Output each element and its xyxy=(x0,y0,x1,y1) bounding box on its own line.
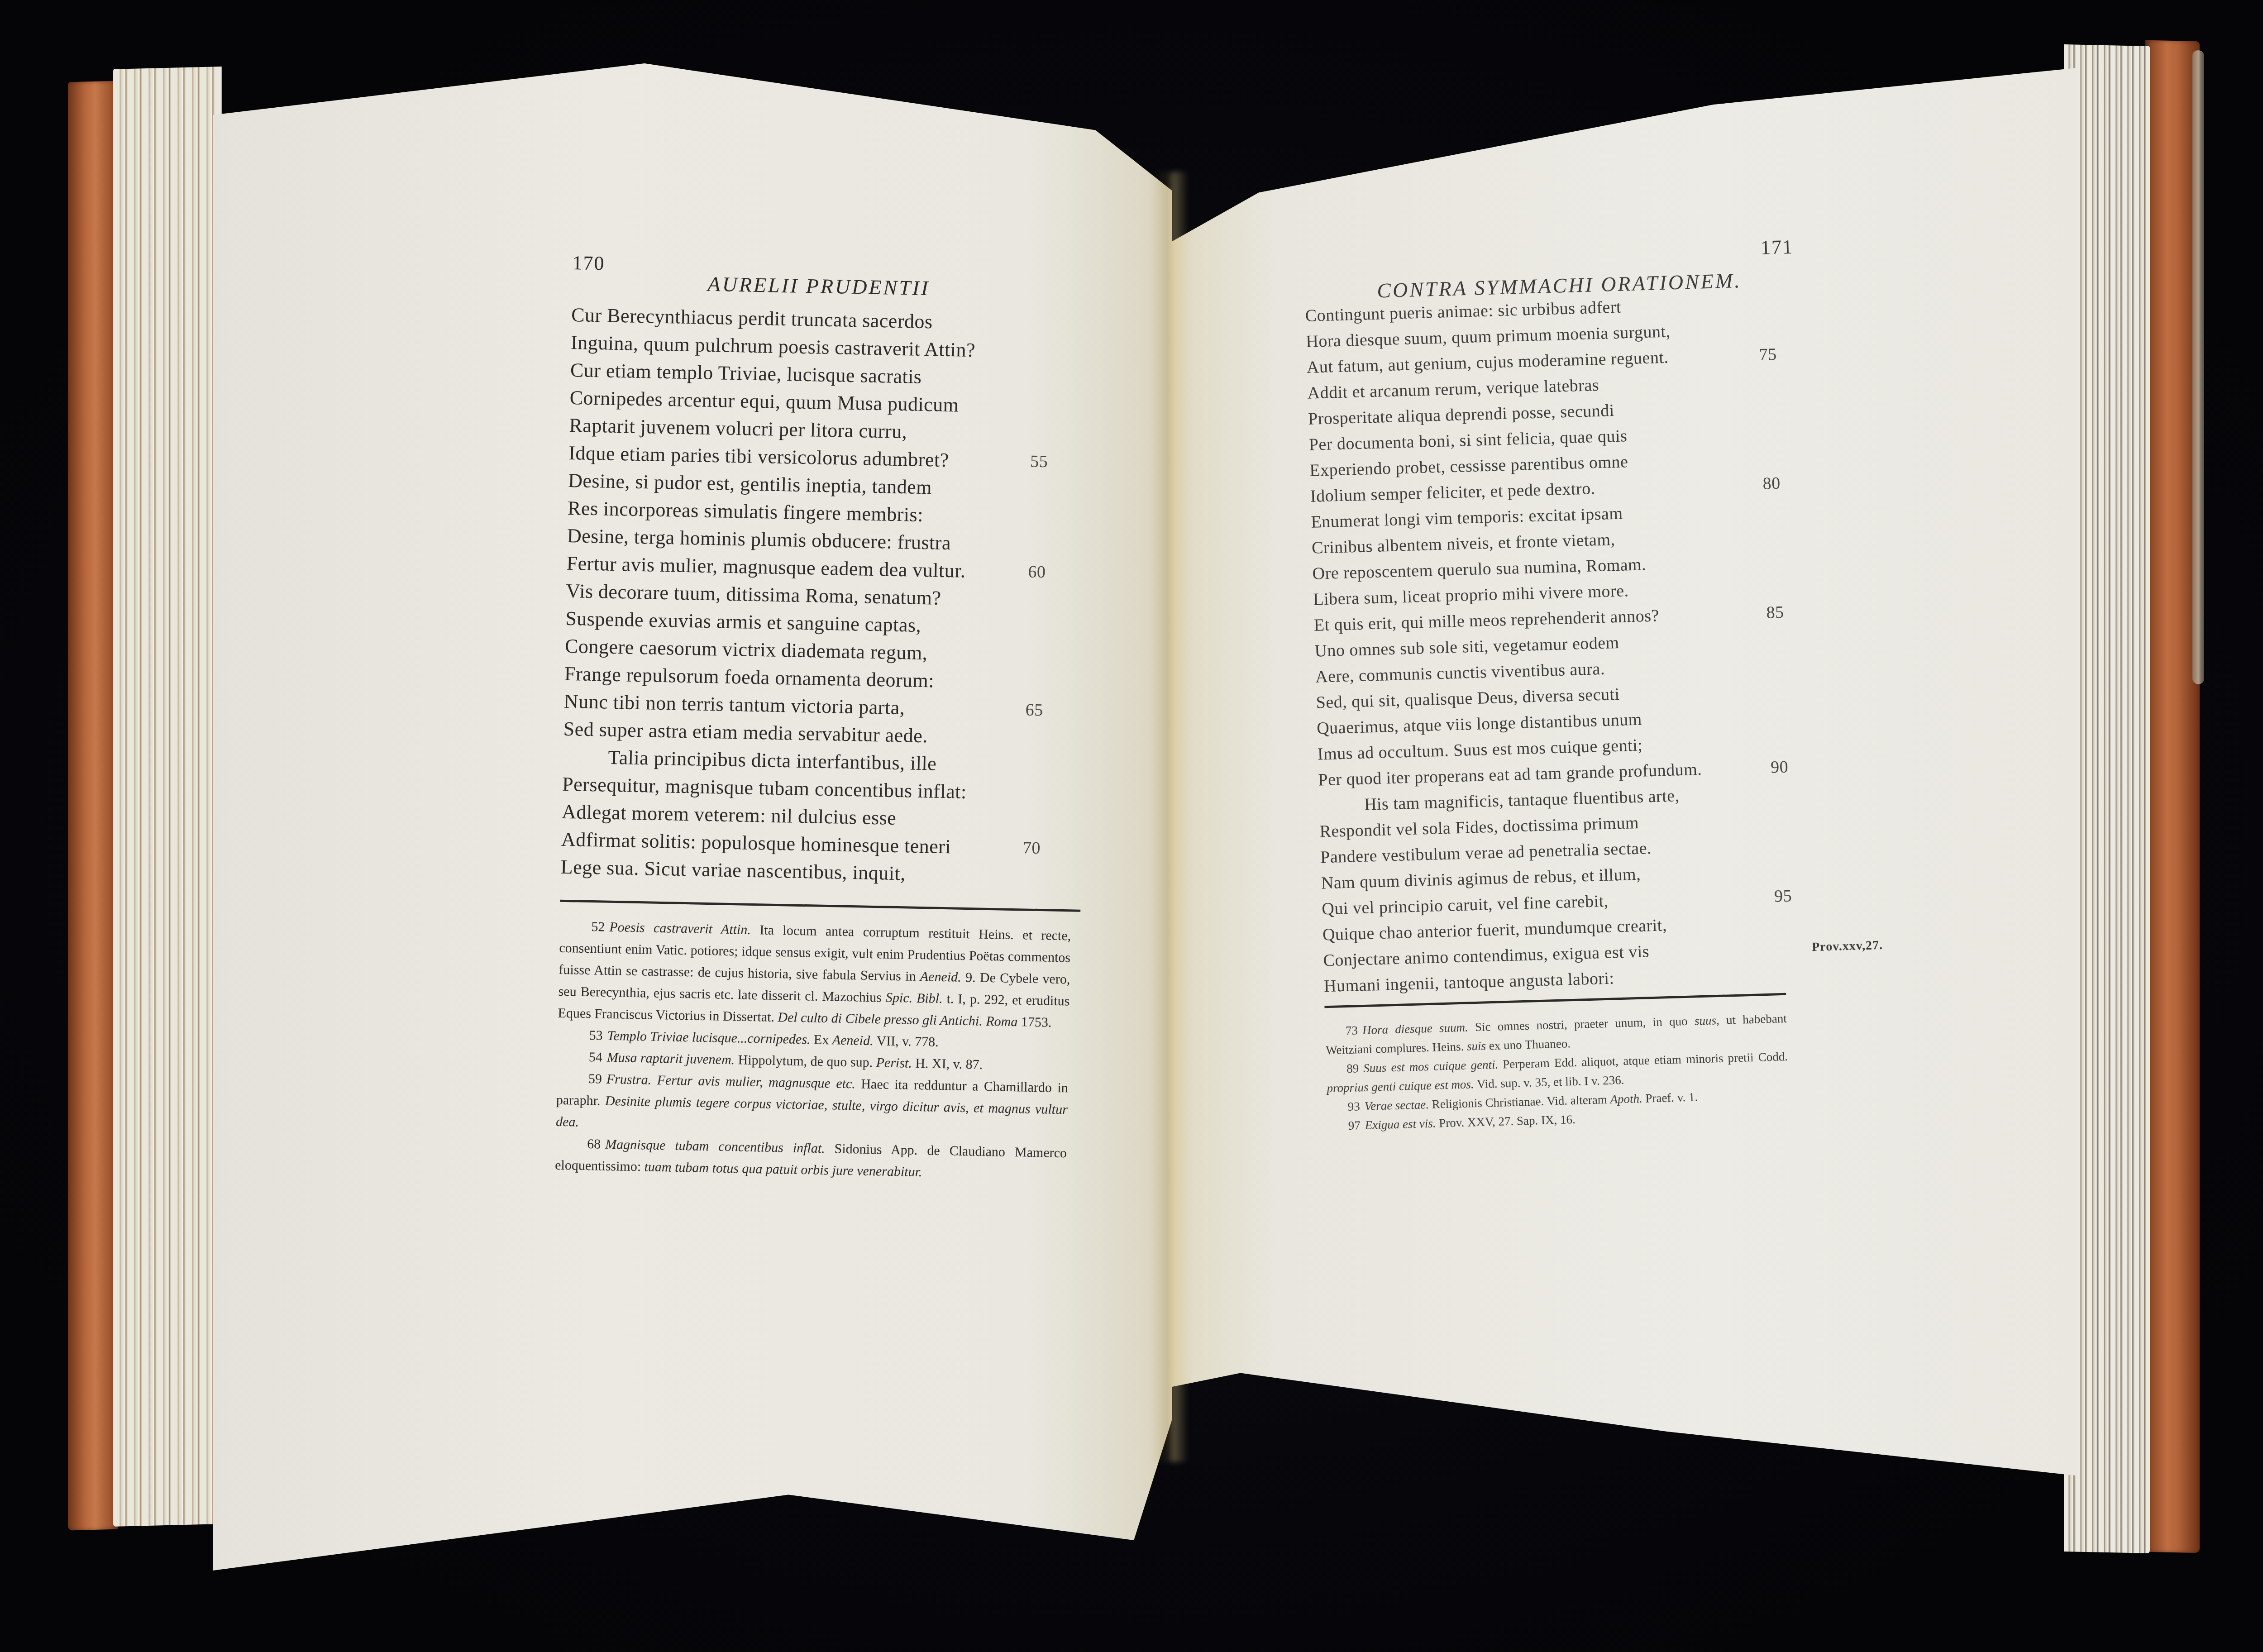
verse-list: Cur Berecynthiacus perdit truncata sacer… xyxy=(560,301,1092,891)
page-number: 170 xyxy=(572,251,605,275)
binding-cover-right xyxy=(2145,40,2200,1553)
line-number: 60 xyxy=(1028,558,1046,586)
footnote: 52Poesis castraverit Attin. Ita locum an… xyxy=(558,916,1071,1034)
binding-cover-left xyxy=(68,81,118,1531)
right-page-text: CONTRA SYMMACHI ORATIONEM. 171 Contingun… xyxy=(1303,237,1916,1136)
running-head-left: 170 AURELII PRUDENTII xyxy=(572,251,1093,311)
verse-list: Contingunt pueris animae: sic urbibus ad… xyxy=(1305,287,1912,1000)
photo-background: 170 AURELII PRUDENTII Cur Berecynthiacus… xyxy=(0,0,2263,1652)
footnote: 59Frustra. Fertur avis mulier, magnusque… xyxy=(556,1068,1069,1143)
line-number: 85 xyxy=(1766,600,1785,626)
line-number: 80 xyxy=(1762,471,1781,497)
left-page-text: 170 AURELII PRUDENTII Cur Berecynthiacus… xyxy=(555,251,1093,1186)
footnote-rule xyxy=(560,900,1080,912)
line-number: 70 xyxy=(1022,834,1041,862)
running-head-title: AURELII PRUDENTII xyxy=(707,272,930,300)
marginal-reference: Prov.xxv,27. xyxy=(1811,932,1883,960)
page-number: 171 xyxy=(1760,235,1793,259)
line-number: 95 xyxy=(1774,883,1792,909)
book-gutter xyxy=(1152,172,1188,1462)
line-number: 65 xyxy=(1025,696,1043,724)
line-number: 55 xyxy=(1030,448,1048,476)
worn-binding-edge xyxy=(2192,50,2204,684)
line-number: 75 xyxy=(1759,342,1777,368)
footnotes-right: 73Hora diesque suum. Sic omnes nostri, p… xyxy=(1325,1005,1916,1136)
line-number: 90 xyxy=(1770,754,1789,781)
footnotes-left: 52Poesis castraverit Attin. Ita locum an… xyxy=(555,916,1080,1186)
page-stack-left xyxy=(113,67,222,1527)
